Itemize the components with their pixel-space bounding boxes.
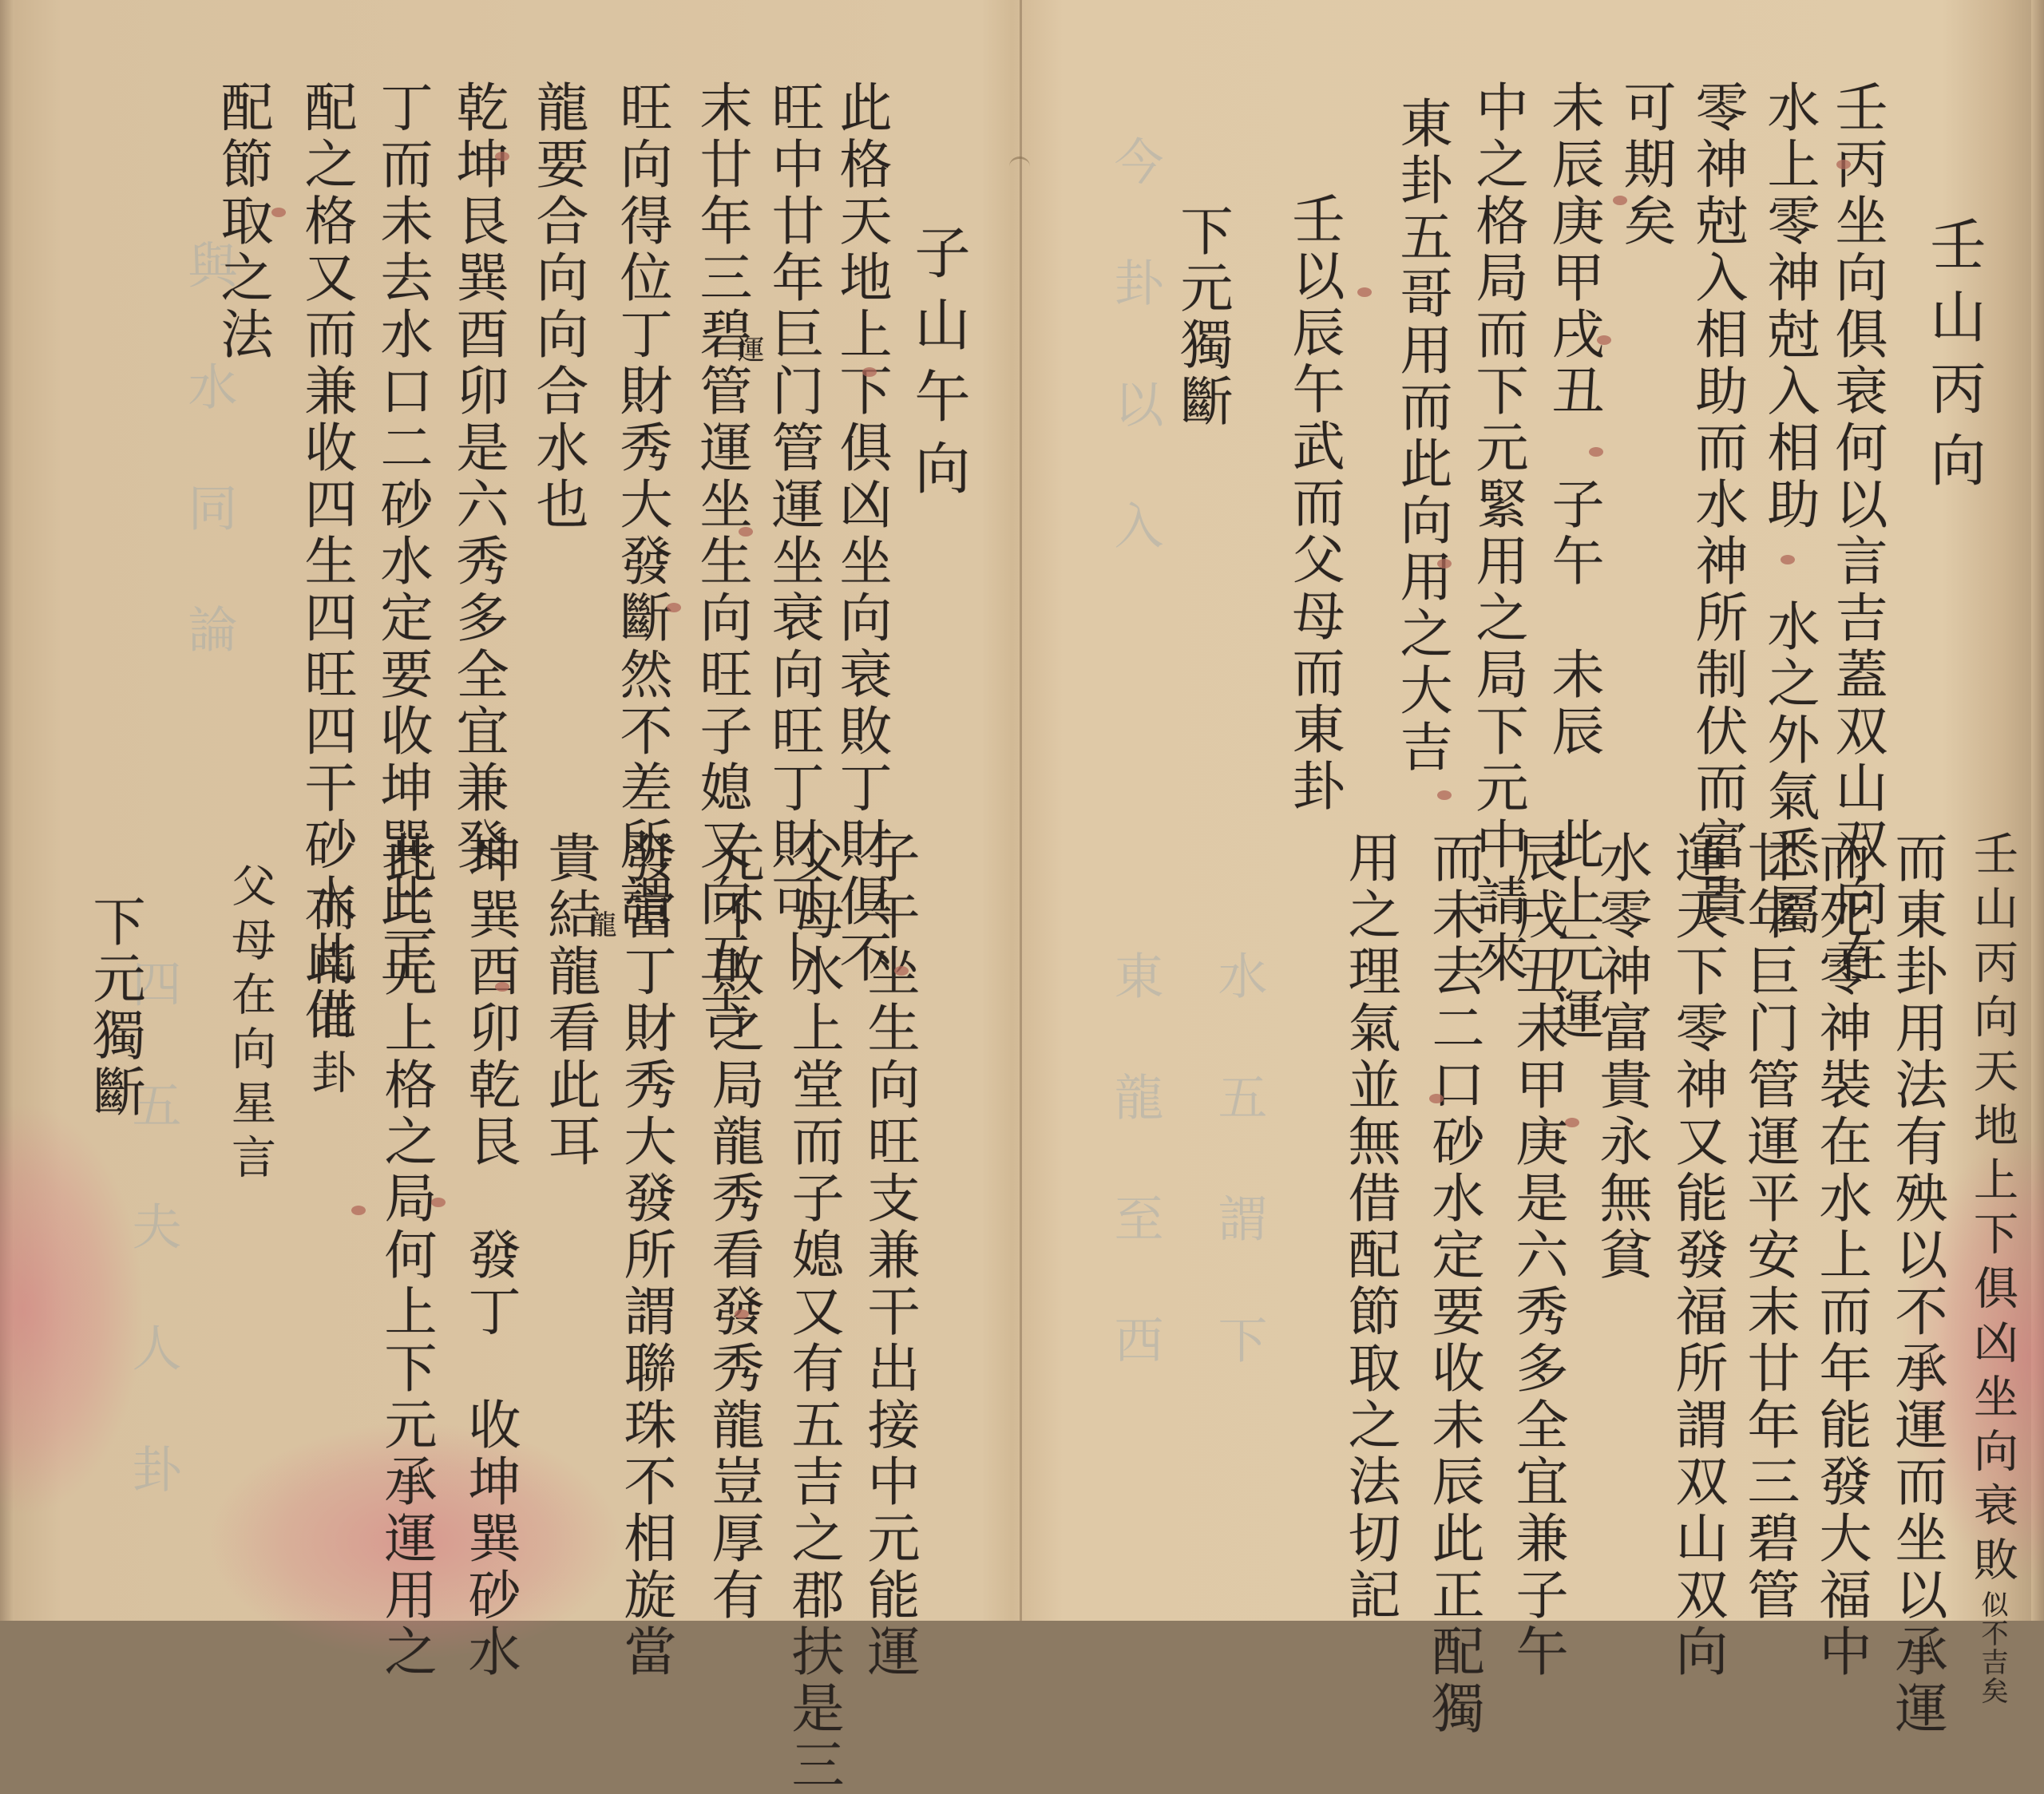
text-column: 而東卦用法有殃以不承運而坐以承運 (1890, 830, 1943, 1621)
punctuation-dot (894, 966, 909, 976)
punctuation-dot (271, 208, 286, 217)
text-column: 坤巽酉卯乾艮 發丁 收坤巽砂水 (463, 830, 516, 1621)
closing-text: 下元獨斷 (88, 894, 141, 1121)
punctuation-dot (1437, 559, 1452, 568)
text-column: 配節取之法 (216, 80, 268, 363)
punctuation-dot (1429, 1094, 1444, 1103)
text-column: 而南北卦 (307, 886, 352, 1103)
punctuation-dot (495, 152, 509, 161)
text-column: 而死零神裝在水上而年能發大福中 (1814, 830, 1867, 1621)
punctuation-dot (495, 982, 509, 992)
right-page: 壬山丙向 壬丙坐向俱衰何以言吉蓋双山双向在 水上零神尅入相助 水之外氣悉屬 零神… (1024, 0, 2044, 1621)
text-column: 零神尅入相助而水神所制伏而富貴 (1690, 80, 1743, 930)
punctuation-dot (1836, 160, 1851, 169)
punctuation-dot (1589, 447, 1603, 457)
text-column: 發富丁財秀大發所謂聯珠不相旋當 (619, 830, 671, 1621)
interlinear-note: 運 (735, 335, 762, 366)
book-spread: 今 卦 以 入 東 龍 至 西 水 五 謂 下 四 五 夫 人 卦 與 水 同 … (0, 0, 2044, 1621)
text-column: 用之理氣並無借配節取之法切記 (1343, 830, 1396, 1621)
section-heading: 子山午向 (910, 224, 966, 511)
interlinear-note: 龍 (587, 910, 614, 941)
text-column: 壬以辰午武而父母而東卦 (1287, 192, 1340, 815)
margin-note: 似不吉矣 (1976, 1590, 2008, 1621)
text-column: 水零神富貴永無貧 (1594, 830, 1647, 1284)
text-column: 乾坤艮巽酉卯是六秀多全宜兼癸 (451, 80, 504, 873)
text-column: 而未去二口砂水定要收未辰此正配獨 (1427, 830, 1480, 1621)
punctuation-dot (735, 1309, 749, 1319)
text-column: 運天下零神又能發福所謂双山双向 (1670, 830, 1723, 1621)
text-column: 水上零神尅入相助 水之外氣悉屬 (1762, 80, 1815, 939)
closing-text: 下元獨斷 (1175, 204, 1228, 430)
punctuation-dot (862, 367, 877, 377)
text-column: 子午坐生向旺支兼干出接中元能運 (862, 830, 915, 1621)
text-column: 此三元上格之局何上下元承運用之 (379, 830, 432, 1621)
punctuation-dot (351, 1206, 366, 1215)
text-column: 壬山丙向天地上下俱凶坐向衰敗似不吉矣 (1970, 830, 2014, 1621)
text-column: 龍要合向向合水也 (531, 80, 584, 533)
text-column: 貴結龍看此耳 (543, 830, 596, 1170)
text-column-main: 壬山丙向天地上下俱凶坐向衰敗 (1967, 830, 2018, 1590)
text-column: 廿年巨门管運平安末廿年三碧管 (1742, 830, 1795, 1621)
left-page: 子山午向 此格天地上下俱凶坐向衰敗丁財俱不 旺中廿年巨门管運坐衰向旺丁財可卜 末… (0, 0, 1024, 1621)
punctuation-dot (1597, 335, 1611, 345)
punctuation-dot (1565, 1118, 1579, 1127)
punctuation-dot (1437, 790, 1452, 800)
text-column: 可期矣 (1618, 80, 1671, 250)
text-column: 旺向得位丁財秀大發斷然不差所謂 (615, 80, 667, 930)
punctuation-dot (667, 603, 681, 612)
text-column: 元不敗之局龍秀看發秀龍豈厚有 (707, 830, 759, 1621)
punctuation-dot (431, 1198, 446, 1207)
punctuation-dot (1781, 555, 1795, 564)
text-column: 辰戌丑未甲庚是六秀多全宜兼子午 (1511, 830, 1563, 1621)
text-column: 東卦五哥用而此向用之大吉 (1395, 96, 1448, 776)
punctuation-dot (1357, 287, 1372, 297)
text-column: 父母水上堂而子媳又有五吉之郡扶是三 (786, 830, 839, 1621)
text-column: 父母在向星言 (228, 862, 272, 1188)
section-heading: 壬山丙向 (1926, 216, 1982, 503)
punctuation-dot (739, 527, 753, 537)
punctuation-dot (1613, 196, 1627, 205)
